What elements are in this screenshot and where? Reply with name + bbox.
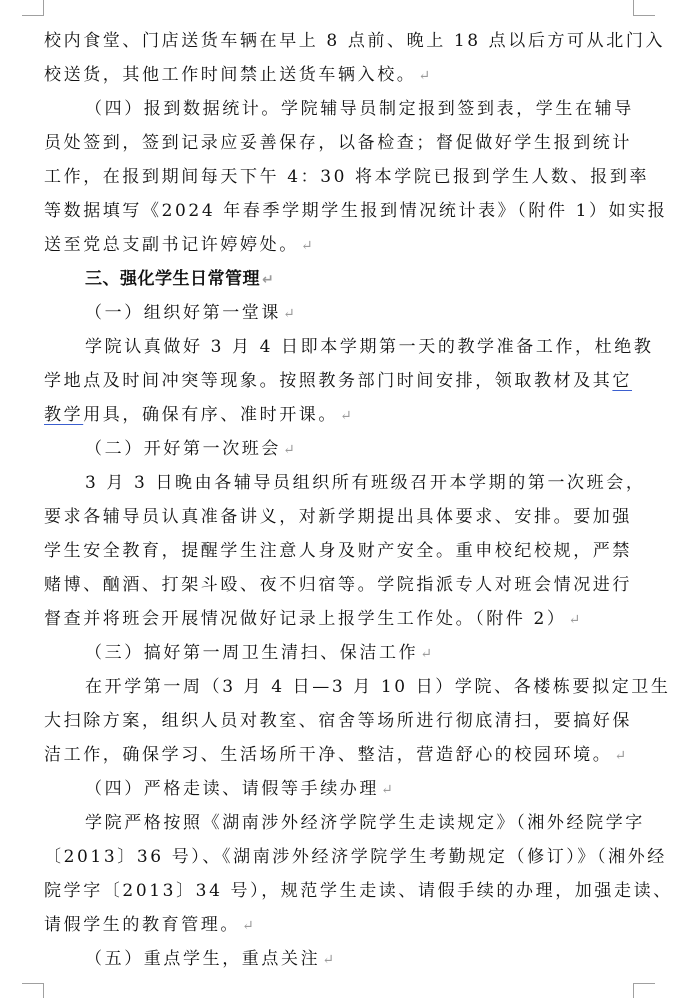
line-text: 用具，确保有序、准时开课。 xyxy=(83,405,338,425)
line-text: 员处签到，签到记录应妥善保存，以备检查；督促做好学生报到统计 xyxy=(44,133,632,153)
line-text: 学院认真做好 3 月 4 日即本学期第一天的教学准备工作，杜绝教 xyxy=(85,337,653,357)
text-line: 院学字〔2013〕34 号），规范学生走读、请假手续的办理，加强走读、 xyxy=(44,874,636,908)
text-line: 学院认真做好 3 月 4 日即本学期第一天的教学准备工作，杜绝教 xyxy=(44,330,636,364)
text-line: 在开学第一周（3 月 4 日—3 月 10 日）学院、各楼栋要拟定卫生 xyxy=(44,670,636,704)
paragraph-mark-icon: ↵ xyxy=(301,238,313,254)
line-text: 等数据填写《2024 年春季学期学生报到情况统计表》（附件 1）如实报 xyxy=(44,201,667,221)
line-text: 学生安全教育，提醒学生注意人身及财产安全。重申校纪校规，严禁 xyxy=(44,541,632,561)
line-text: 学地点及时间冲突等现象。按照教务部门时间安排，领取教材及其 xyxy=(44,371,612,391)
paragraph-mark-icon: ↵ xyxy=(242,918,254,934)
line-text: 校内食堂、门店送货车辆在早上 8 点前、晚上 18 点以后方可从北门入 xyxy=(44,31,665,51)
text-line: 员处签到，签到记录应妥善保存，以备检查；督促做好学生报到统计 xyxy=(44,126,636,160)
text-line: 大扫除方案，组织人员对教室、宿舍等场所进行彻底清扫，要搞好保 xyxy=(44,704,636,738)
line-text: 〔2013〕36 号）、《湖南涉外经济学院学生考勤规定（修订）》（湘外经 xyxy=(44,847,667,867)
document-page[interactable]: 校内食堂、门店送货车辆在早上 8 点前、晚上 18 点以后方可从北门入 校送货，… xyxy=(44,24,636,976)
heading-text: 三、强化学生日常管理 xyxy=(85,269,260,289)
spellcheck-underline[interactable]: 教学 xyxy=(44,405,83,425)
text-line: 学地点及时间冲突等现象。按照教务部门时间安排，领取教材及其它 xyxy=(44,364,636,398)
page-corner-mark-bottom-left xyxy=(22,983,44,998)
page-corner-mark-top-right xyxy=(633,0,655,16)
line-text: （四）报到数据统计。学院辅导员制定报到签到表，学生在辅导 xyxy=(85,99,634,119)
subheading-text: （一）组织好第一堂课 xyxy=(85,303,281,323)
paragraph-mark-icon: ↵ xyxy=(322,952,334,968)
subsection-heading: （二）开好第一次班会↵ xyxy=(44,432,636,466)
paragraph-mark-icon: ↵ xyxy=(283,306,295,322)
subsection-heading: （一）组织好第一堂课↵ xyxy=(44,296,636,330)
line-text: 赌博、酗酒、打架斗殴、夜不归宿等。学院指派专人对班会情况进行 xyxy=(44,575,632,595)
text-line: 送至党总支副书记许婷婷处。↵ xyxy=(44,228,636,262)
paragraph-mark-icon: ↵ xyxy=(569,612,581,628)
text-line: 教学用具，确保有序、准时开课。↵ xyxy=(44,398,636,432)
subsection-heading: （五）重点学生，重点关注↵ xyxy=(44,942,636,976)
paragraph-mark-icon: ↵ xyxy=(283,442,295,458)
paragraph-mark-icon: ↵ xyxy=(381,782,393,798)
text-line: 校送货，其他工作时间禁止送货车辆入校。↵ xyxy=(44,58,636,92)
line-text: 大扫除方案，组织人员对教室、宿舍等场所进行彻底清扫，要搞好保 xyxy=(44,711,632,731)
text-line: （四）报到数据统计。学院辅导员制定报到签到表，学生在辅导 xyxy=(44,92,636,126)
subheading-text: （三）搞好第一周卫生清扫、保洁工作 xyxy=(85,643,418,663)
text-line: 学生安全教育，提醒学生注意人身及财产安全。重申校纪校规，严禁 xyxy=(44,534,636,568)
paragraph-mark-icon: ↵ xyxy=(420,646,432,662)
text-line: 请假学生的教育管理。↵ xyxy=(44,908,636,942)
text-line: 校内食堂、门店送货车辆在早上 8 点前、晚上 18 点以后方可从北门入 xyxy=(44,24,636,58)
text-line: 〔2013〕36 号）、《湖南涉外经济学院学生考勤规定（修订）》（湘外经 xyxy=(44,840,636,874)
page-corner-mark-top-left xyxy=(22,0,44,16)
paragraph-mark-icon: ↵ xyxy=(614,748,626,764)
text-line: 工作，在报到期间每天下午 4：30 将本学院已报到学生人数、报到率 xyxy=(44,160,636,194)
subheading-text: （四）严格走读、请假等手续办理 xyxy=(85,779,379,799)
text-line: 学院严格按照《湖南涉外经济学院学生走读规定》（湘外经院学字 xyxy=(44,806,636,840)
subsection-heading: （四）严格走读、请假等手续办理↵ xyxy=(44,772,636,806)
paragraph-mark-icon: ↵ xyxy=(418,68,430,84)
text-line: 3 月 3 日晚由各辅导员组织所有班级召开本学期的第一次班会， xyxy=(44,466,636,500)
line-text: 送至党总支副书记许婷婷处。 xyxy=(44,235,299,255)
line-text: 学院严格按照《湖南涉外经济学院学生走读规定》（湘外经院学字 xyxy=(85,813,645,833)
page-corner-mark-bottom-right xyxy=(633,983,655,998)
text-line: 督查并将班会开展情况做好记录上报学生工作处。（附件 2）↵ xyxy=(44,602,636,636)
line-text: 督查并将班会开展情况做好记录上报学生工作处。（附件 2） xyxy=(44,609,567,629)
section-heading: 三、强化学生日常管理↵ xyxy=(44,262,636,296)
line-text: 在开学第一周（3 月 4 日—3 月 10 日）学院、各楼栋要拟定卫生 xyxy=(85,677,671,697)
line-text: 校送货，其他工作时间禁止送货车辆入校。 xyxy=(44,65,416,85)
text-line: 赌博、酗酒、打架斗殴、夜不归宿等。学院指派专人对班会情况进行 xyxy=(44,568,636,602)
paragraph-mark-icon: ↵ xyxy=(340,408,352,424)
line-text: 院学字〔2013〕34 号），规范学生走读、请假手续的办理，加强走读、 xyxy=(44,881,673,901)
text-line: 洁工作，确保学习、生活场所干净、整洁，营造舒心的校园环境。↵ xyxy=(44,738,636,772)
line-text: 3 月 3 日晚由各辅导员组织所有班级召开本学期的第一次班会， xyxy=(85,473,645,493)
subheading-text: （二）开好第一次班会 xyxy=(85,439,281,459)
subheading-text: （五）重点学生，重点关注 xyxy=(85,949,320,969)
line-text: 工作，在报到期间每天下午 4：30 将本学院已报到学生人数、报到率 xyxy=(44,167,649,187)
line-text: 洁工作，确保学习、生活场所干净、整洁，营造舒心的校园环境。 xyxy=(44,745,612,765)
paragraph-mark-icon: ↵ xyxy=(262,272,274,288)
line-text: 要求各辅导员认真准备讲义，对新学期提出具体要求、安排。要加强 xyxy=(44,507,632,527)
text-line: 等数据填写《2024 年春季学期学生报到情况统计表》（附件 1）如实报 xyxy=(44,194,636,228)
spellcheck-underline[interactable]: 它 xyxy=(612,371,632,391)
line-text: 请假学生的教育管理。 xyxy=(44,915,240,935)
subsection-heading: （三）搞好第一周卫生清扫、保洁工作↵ xyxy=(44,636,636,670)
text-line: 要求各辅导员认真准备讲义，对新学期提出具体要求、安排。要加强 xyxy=(44,500,636,534)
